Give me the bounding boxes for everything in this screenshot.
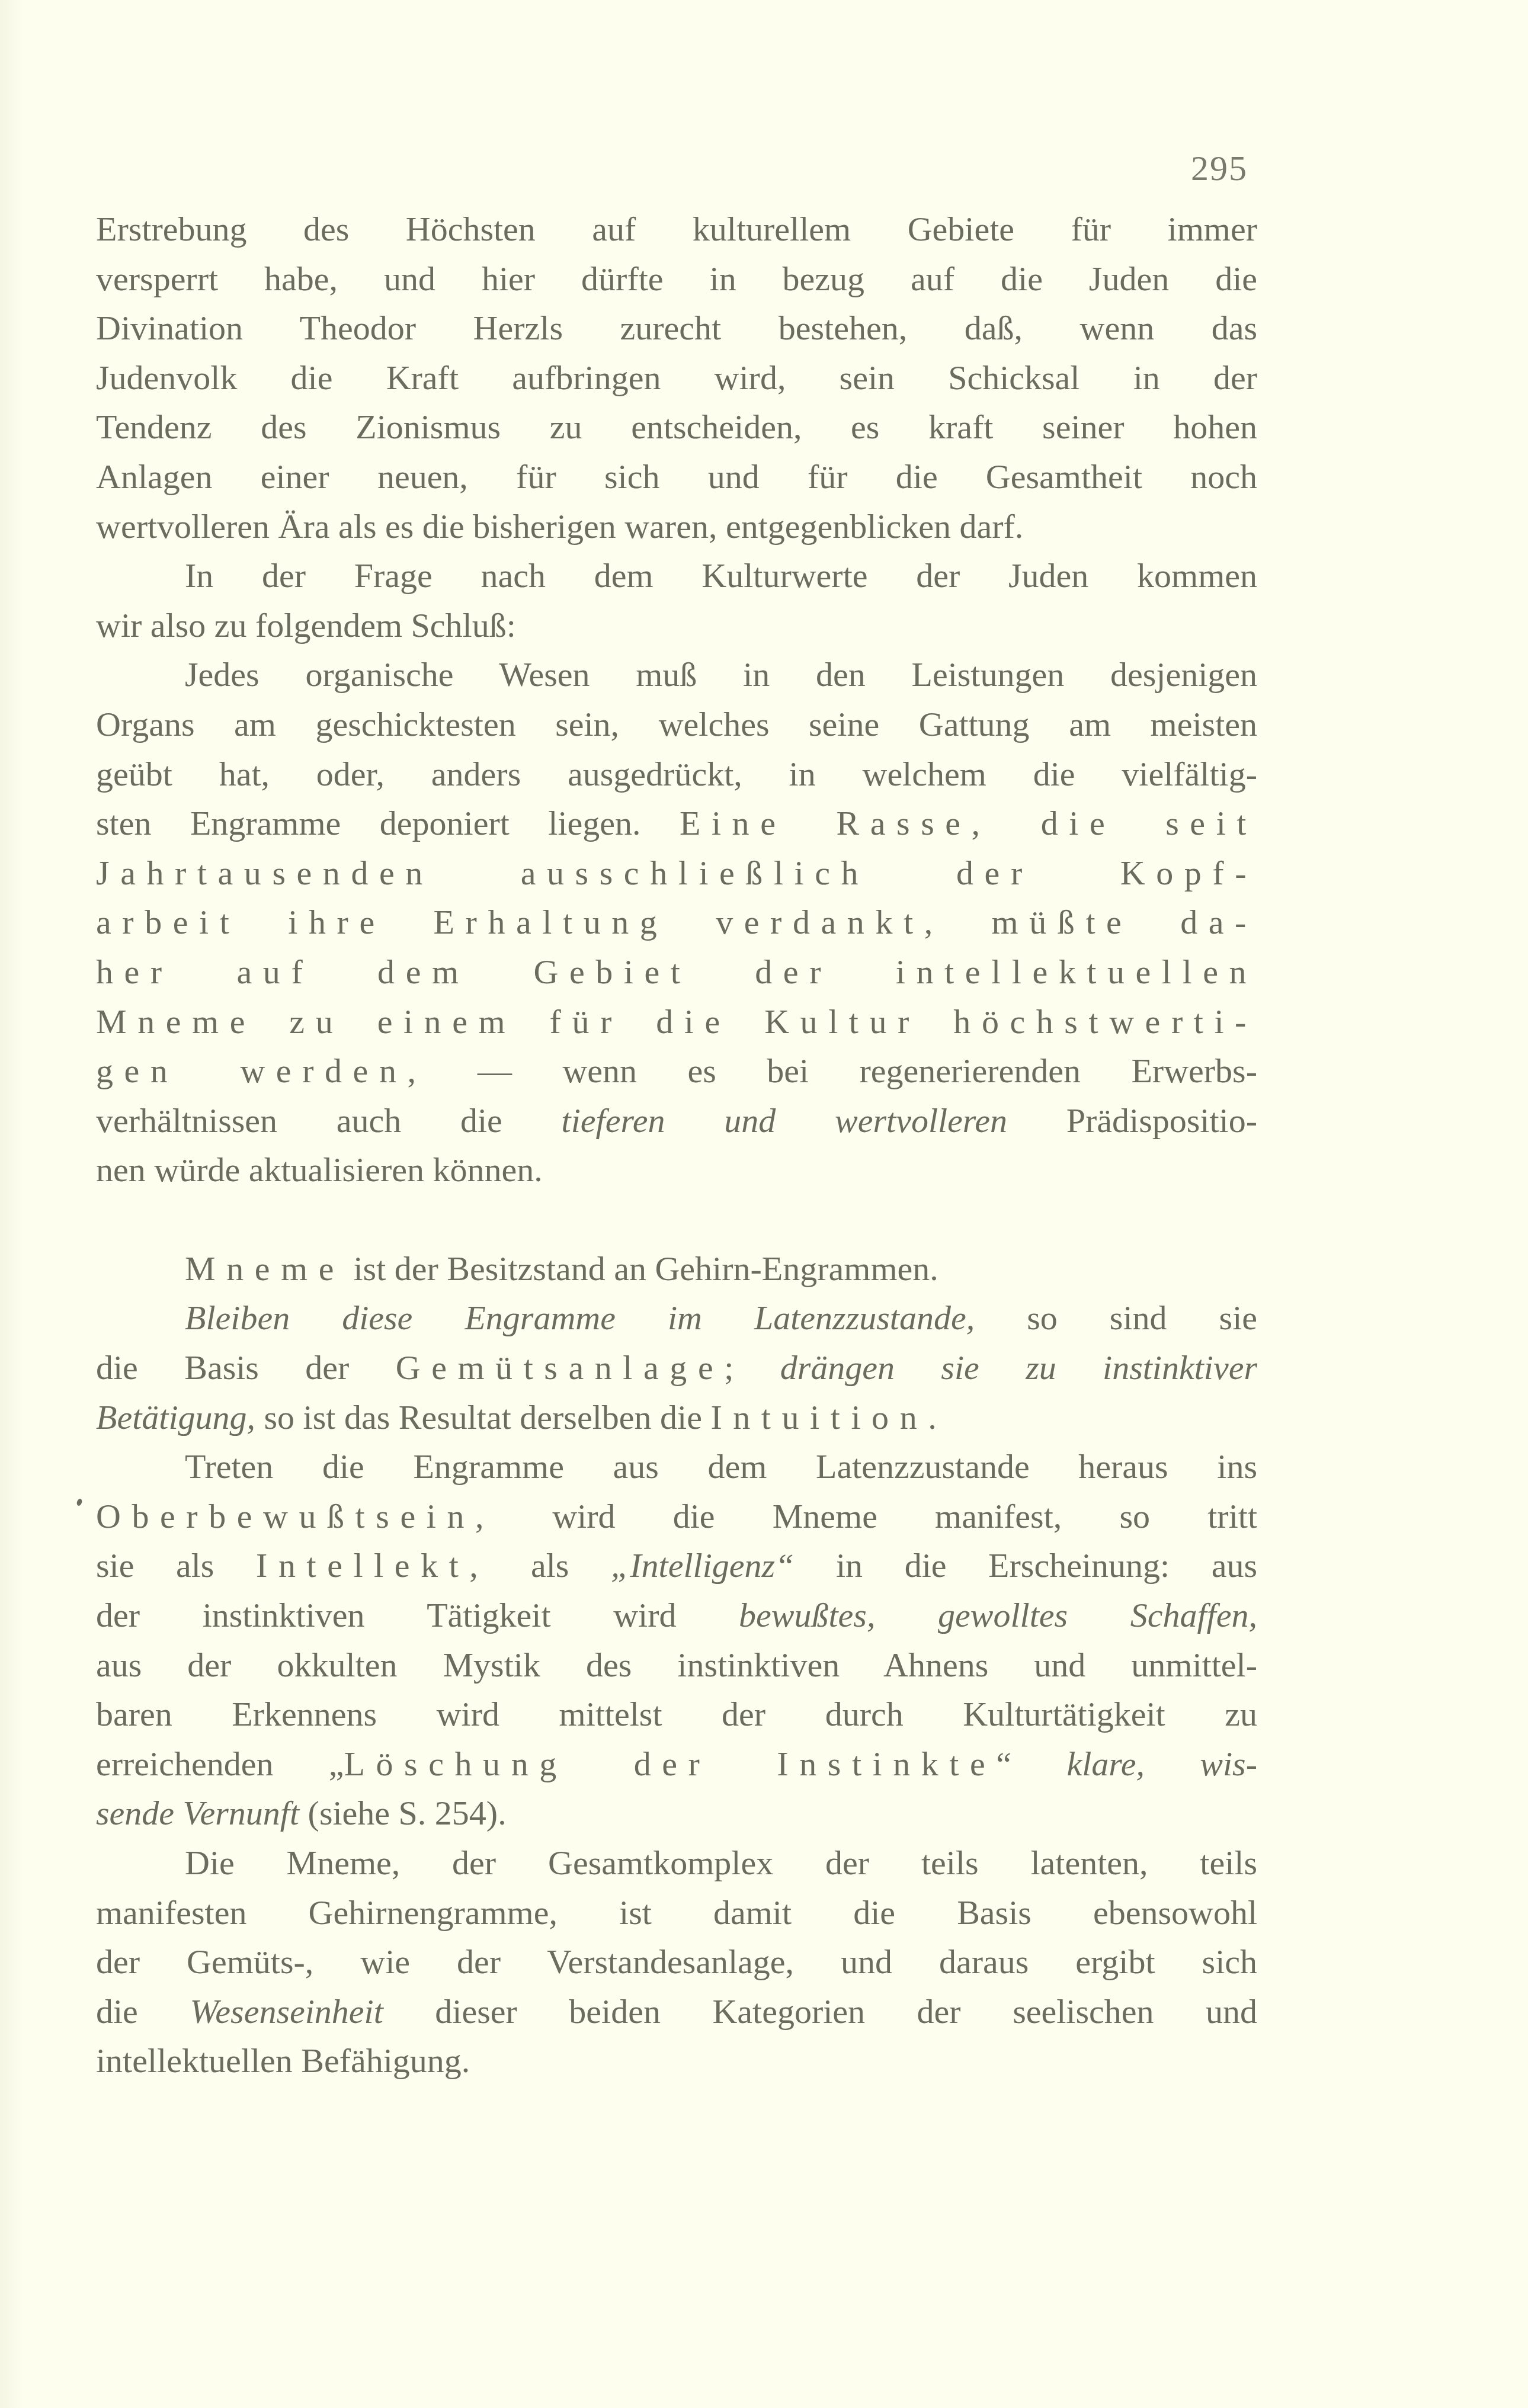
text-line: Jahrtausenden ausschließlich der Kopf- [96, 848, 1257, 898]
italic-span: Betätigung, [96, 1398, 255, 1437]
spaced-emphasis-span: gen werden, [96, 1051, 427, 1090]
text-span: aus der okkulten Mystik des instinktiven… [96, 1646, 1257, 1684]
text-span: so ist das Resultat derselben die [255, 1398, 710, 1437]
text-line: Mneme ist der Besitzstand an Gehirn-Engr… [96, 1244, 1257, 1294]
text-line: Tendenz des Zionismus zu entscheiden, es… [96, 402, 1257, 452]
text-span: geübt hat, oder, anders ausgedrückt, in … [96, 755, 1257, 793]
text-span: Organs am geschicktesten sein, welches s… [96, 705, 1257, 743]
text-span: “ [996, 1745, 1066, 1783]
text-span: Erstrebung des Höchsten auf kulturellem … [96, 210, 1257, 248]
text-line: geübt hat, oder, anders ausgedrückt, in … [96, 749, 1257, 799]
text-line: versperrt habe, und hier dürfte in bezug… [96, 254, 1257, 304]
text-line: arbeit ihre Erhaltung verdankt, müßte da… [96, 897, 1257, 947]
text-line: Jedes organische Wesen muß in den Leistu… [96, 650, 1257, 700]
italic-span: bewußtes, gewolltes Schaffen, [739, 1596, 1257, 1634]
spaced-emphasis-span: arbeit ihre Erhaltung verdankt, müßte da… [96, 903, 1257, 941]
spaced-emphasis-span: Mneme zu einem für die Kultur höchstwert… [96, 1002, 1257, 1041]
text-span: versperrt habe, und hier dürfte in bezug… [96, 259, 1257, 298]
text-span: so sind sie [975, 1298, 1257, 1337]
text-line: die Basis der Gemütsanlage; drängen sie … [96, 1343, 1257, 1393]
text-line: Organs am geschicktesten sein, welches s… [96, 700, 1257, 749]
text-span: nen würde aktualisieren können. [96, 1150, 543, 1189]
spaced-emphasis-span: Jahrtausenden ausschließlich der Kopf- [96, 854, 1257, 892]
spaced-emphasis-span: Oberbewußtsein, [96, 1497, 495, 1535]
text-span: In der Frage nach dem Kulturwerte der Ju… [185, 556, 1257, 595]
text-span: (siehe S. 254). [299, 1794, 507, 1832]
italic-span: klare, wis- [1066, 1745, 1257, 1783]
text-line: baren Erkennens wird mittelst der durch … [96, 1689, 1257, 1739]
italic-span: sende Vernunft [96, 1794, 299, 1832]
text-line: Judenvolk die Kraft aufbringen wird, sei… [96, 353, 1257, 403]
text-line: wir also zu folgendem Schluß: [96, 601, 1257, 650]
text-span: als [489, 1546, 611, 1585]
text-line: In der Frage nach dem Kulturwerte der Ju… [96, 551, 1257, 601]
text-span: baren Erkennens wird mittelst der durch … [96, 1695, 1257, 1733]
text-line: der instinktiven Tätigkeit wird bewußtes… [96, 1591, 1257, 1640]
text-span: sie als [96, 1546, 256, 1585]
text-span: verhältnissen auch die [96, 1101, 562, 1140]
spaced-emphasis-span: Gemütsanlage [396, 1348, 725, 1387]
text-span: — wenn es bei regenerierenden Erwerbs- [427, 1051, 1257, 1090]
text-span: die Basis der [96, 1348, 396, 1387]
text-span: dieser beiden Kategorien der seelischen … [383, 1992, 1257, 2031]
text-line: sten Engramme deponiert liegen. Eine Ras… [96, 799, 1257, 848]
text-span: wir also zu folgendem Schluß: [96, 606, 516, 645]
text-line: aus der okkulten Mystik des instinktiven… [96, 1640, 1257, 1690]
text-span: Tendenz des Zionismus zu entscheiden, es… [96, 408, 1257, 446]
spaced-emphasis-span: Mneme [185, 1249, 345, 1288]
page-edge-shadow [0, 0, 24, 2408]
spaced-emphasis-span: Intuition. [710, 1398, 947, 1437]
text-line: Treten die Engramme aus dem Latenzzustan… [96, 1442, 1257, 1492]
text-line: Bleiben diese Engramme im Latenzzustande… [96, 1293, 1257, 1343]
text-span: der instinktiven Tätigkeit wird [96, 1596, 739, 1634]
text-line: Anlagen einer neuen, für sich und für di… [96, 452, 1257, 502]
italic-span: tieferen und wertvolleren [562, 1101, 1007, 1140]
spaced-emphasis-span: Löschung der Instinkte [344, 1745, 997, 1783]
text-span: ; [724, 1348, 780, 1387]
text-span: Judenvolk die Kraft aufbringen wird, sei… [96, 358, 1257, 397]
text-line: verhältnissen auch die tieferen und wert… [96, 1096, 1257, 1146]
text-span: Anlagen einer neuen, für sich und für di… [96, 457, 1257, 496]
text-line: intellektuellen Befähigung. [96, 2036, 1257, 2086]
text-span: Treten die Engramme aus dem Latenzzustan… [185, 1447, 1257, 1486]
text-span: manifesten Gehirnengramme, ist damit die… [96, 1893, 1257, 1932]
text-line: wertvolleren Ära als es die bisherigen w… [96, 502, 1257, 552]
text-line: gen werden, — wenn es bei regenerierende… [96, 1046, 1257, 1096]
text-line: manifesten Gehirnengramme, ist damit die… [96, 1888, 1257, 1938]
text-line: Mneme zu einem für die Kultur höchstwert… [96, 997, 1257, 1047]
text-line: nen würde aktualisieren können. [96, 1145, 1257, 1195]
text-span: Prädispositio- [1007, 1101, 1257, 1140]
spaced-emphasis-span: Intellekt, [256, 1546, 489, 1585]
italic-span: Bleiben diese Engramme im Latenzzustande… [185, 1298, 975, 1337]
italic-span: Wesenseinheit [190, 1992, 383, 2031]
text-span: der Gemüts-, wie der Verstandesanlage, u… [96, 1942, 1257, 1981]
text-span: wird die Mneme manifest, so tritt [495, 1497, 1257, 1535]
text-line: die Wesenseinheit dieser beiden Kategori… [96, 1987, 1257, 2037]
text-line: sie als Intellekt, als „Intelligenz“ in … [96, 1541, 1257, 1591]
text-span: sten Engramme deponiert liegen. [96, 804, 680, 842]
text-span: intellektuellen Befähigung. [96, 2041, 470, 2080]
body-text: Erstrebung des Höchsten auf kulturellem … [96, 204, 1257, 2086]
text-span: Die Mneme, der Gesamtkomplex der teils l… [185, 1843, 1257, 1882]
text-span: die [96, 1992, 190, 2031]
italic-span: drängen sie zu instinktiver [780, 1348, 1257, 1387]
text-line: Oberbewußtsein, wird die Mneme manifest,… [96, 1492, 1257, 1541]
text-span: in die Erscheinung: aus [794, 1546, 1257, 1585]
italic-span: „Intelligenz“ [611, 1546, 794, 1585]
text-span: erreichenden „ [96, 1745, 344, 1783]
text-line: Erstrebung des Höchsten auf kulturellem … [96, 204, 1257, 254]
ink-speck [76, 1498, 83, 1506]
text-line: Divination Theodor Herzls zurecht besteh… [96, 303, 1257, 353]
text-span: Divination Theodor Herzls zurecht besteh… [96, 309, 1257, 347]
text-span: ist der Besitzstand an Gehirn-Engrammen. [345, 1249, 938, 1288]
spaced-emphasis-span: Eine Rasse, die seit [680, 804, 1257, 842]
text-line: sende Vernunft (siehe S. 254). [96, 1788, 1257, 1838]
spaced-emphasis-span: her auf dem Gebiet der intellektuellen [96, 953, 1257, 991]
text-span: Jedes organische Wesen muß in den Leistu… [185, 655, 1257, 694]
text-span: wertvolleren Ära als es die bisherigen w… [96, 507, 1023, 546]
text-line: Betätigung, so ist das Resultat derselbe… [96, 1393, 1257, 1442]
text-line: erreichenden „Löschung der Instinkte“ kl… [96, 1739, 1257, 1789]
text-line: Die Mneme, der Gesamtkomplex der teils l… [96, 1838, 1257, 1888]
text-line: der Gemüts-, wie der Verstandesanlage, u… [96, 1937, 1257, 1987]
page-number: 295 [1191, 148, 1248, 189]
text-line: her auf dem Gebiet der intellektuellen [96, 947, 1257, 997]
